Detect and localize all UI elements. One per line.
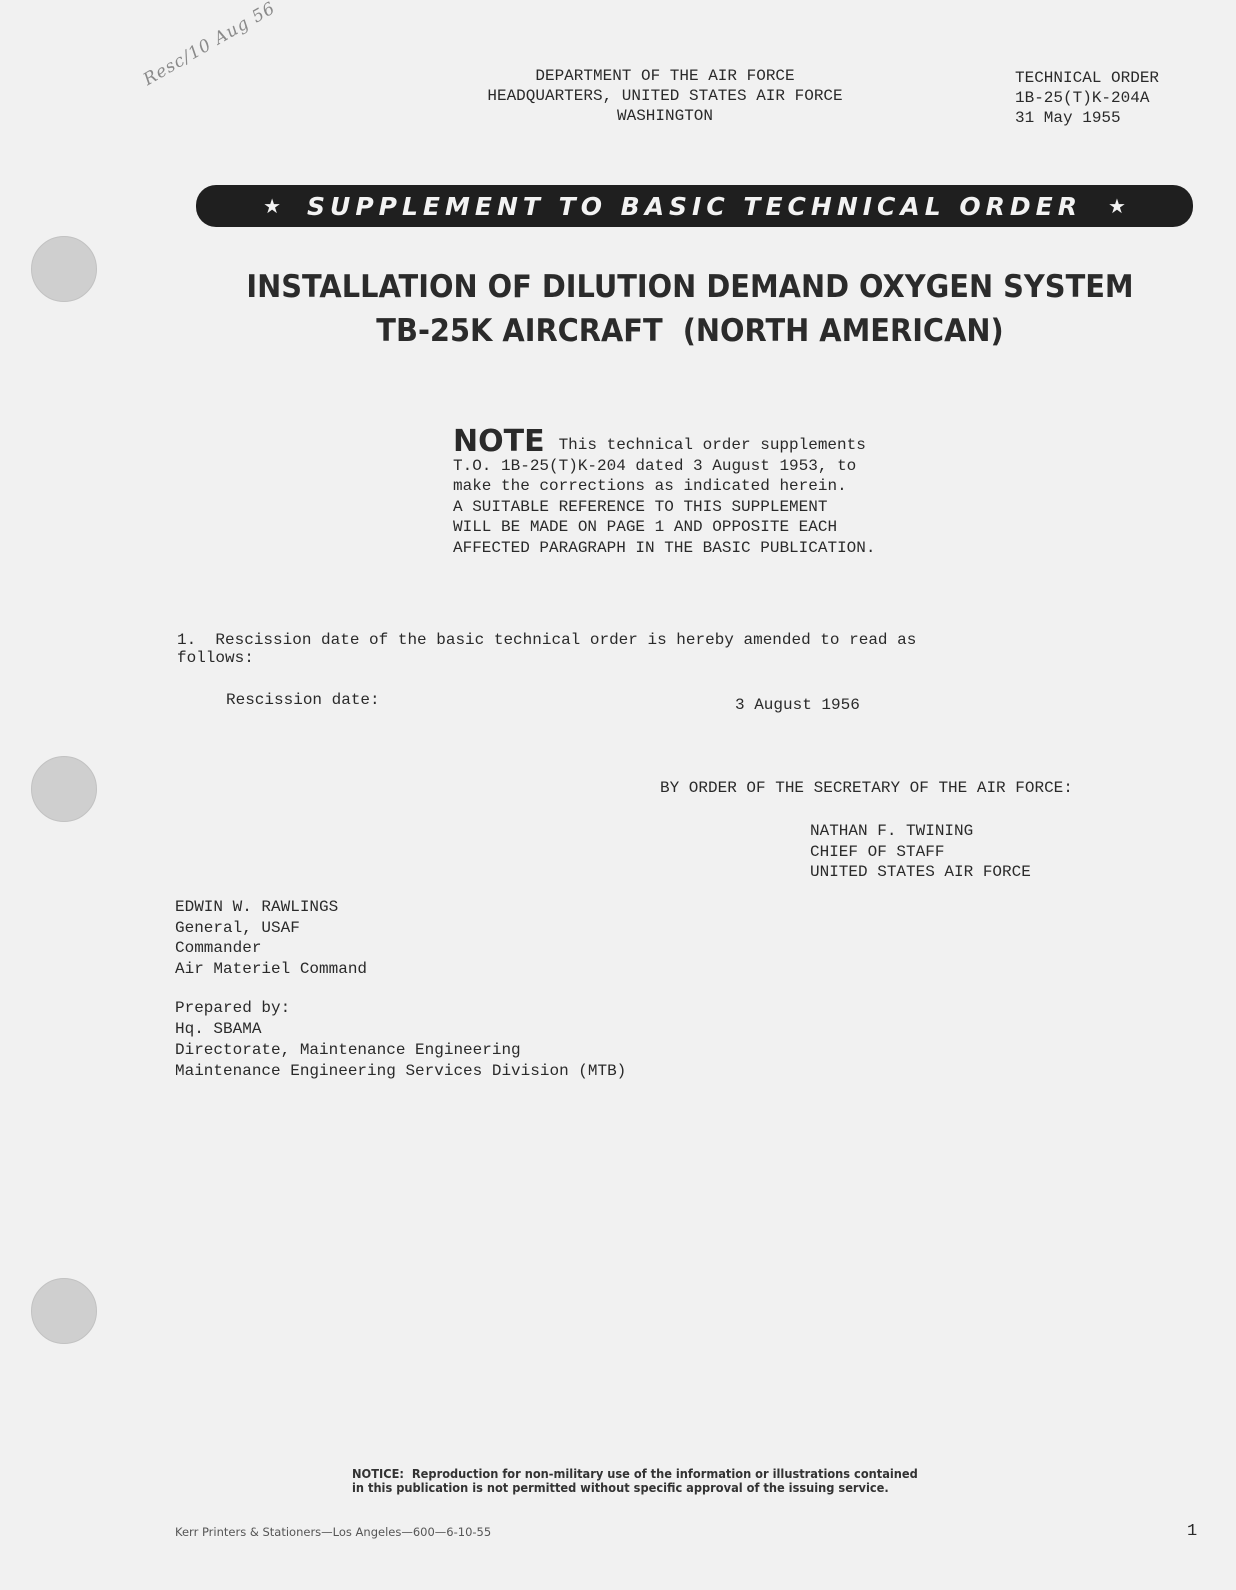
note-line: AFFECTED PARAGRAPH IN THE BASIC PUBLICAT… [453,538,1013,559]
banner-text: SUPPLEMENT TO BASIC TECHNICAL ORDER [307,192,1082,221]
document-title: INSTALLATION OF DILUTION DEMAND OXYGEN S… [234,265,1145,353]
issuing-authority: DEPARTMENT OF THE AIR FORCE HEADQUARTERS… [430,66,900,126]
header-line: WASHINGTON [430,106,900,126]
header-line: DEPARTMENT OF THE AIR FORCE [430,66,900,86]
paragraph-text: Rescission date of the basic technical o… [215,631,916,649]
star-icon: ★ [1108,194,1126,218]
rescission-date: 3 August 1956 [735,696,860,714]
signature-line: General, USAF [175,918,367,939]
title-line-1: INSTALLATION OF DILUTION DEMAND OXYGEN S… [234,265,1145,309]
note-line: WILL BE MADE ON PAGE 1 AND OPPOSITE EACH [453,517,1013,538]
signature-line: NATHAN F. TWINING [810,821,1031,842]
signature-line: UNITED STATES AIR FORCE [810,862,1031,883]
prepared-line: Directorate, Maintenance Engineering [175,1040,626,1061]
prepared-line: Hq. SBAMA [175,1019,626,1040]
paragraph-text: follows: [177,649,1157,667]
signature-line: Air Materiel Command [175,959,367,980]
note-line: make the corrections as indicated herein… [453,476,1013,497]
paragraph-number: 1. [177,631,196,649]
paragraph-1: 1. Rescission date of the basic technica… [177,631,1157,667]
page-number: 1 [1187,1522,1197,1541]
note-line: T.O. 1B-25(T)K-204 dated 3 August 1953, … [453,456,1013,477]
punch-hole [31,1278,97,1344]
by-order-line: BY ORDER OF THE SECRETARY OF THE AIR FOR… [660,779,1073,797]
notice-line: NOTICE: Reproduction for non-military us… [352,1467,998,1481]
to-number: 1B-25(T)K-204A [1015,88,1159,108]
punch-hole [31,236,97,302]
to-date: 31 May 1955 [1015,108,1159,128]
printer-imprint: Kerr Printers & Stationers—Los Angeles—6… [175,1525,491,1539]
technical-order-id: TECHNICAL ORDER 1B-25(T)K-204A 31 May 19… [1015,68,1159,128]
signature-line: EDWIN W. RAWLINGS [175,897,367,918]
signature-commander: EDWIN W. RAWLINGS General, USAF Commande… [175,897,367,979]
signature-chief-of-staff: NATHAN F. TWINING CHIEF OF STAFF UNITED … [810,821,1031,883]
note-line: This technical order supplements [559,436,866,454]
signature-line: CHIEF OF STAFF [810,842,1031,863]
note-label: NOTE [453,424,545,459]
header-line: HEADQUARTERS, UNITED STATES AIR FORCE [430,86,900,106]
to-label: TECHNICAL ORDER [1015,68,1159,88]
prepared-line: Prepared by: [175,998,626,1019]
punch-hole [31,756,97,822]
star-icon: ★ [263,194,281,218]
notice-line: in this publication is not permitted wit… [352,1481,998,1495]
note-block: NOTEThis technical order supplements T.O… [453,432,1013,558]
note-line: A SUITABLE REFERENCE TO THIS SUPPLEMENT [453,497,1013,518]
reproduction-notice: NOTICE: Reproduction for non-military us… [352,1467,998,1495]
supplement-banner: ★ SUPPLEMENT TO BASIC TECHNICAL ORDER ★ [196,185,1193,227]
handwritten-annotation: Resc/10 Aug 56 [140,0,279,90]
signature-line: Commander [175,938,367,959]
rescission-label: Rescission date: [226,691,380,709]
prepared-line: Maintenance Engineering Services Divisio… [175,1061,626,1082]
prepared-by-block: Prepared by: Hq. SBAMA Directorate, Main… [175,998,626,1082]
title-line-2: TB-25K AIRCRAFT (NORTH AMERICAN) [234,309,1145,353]
